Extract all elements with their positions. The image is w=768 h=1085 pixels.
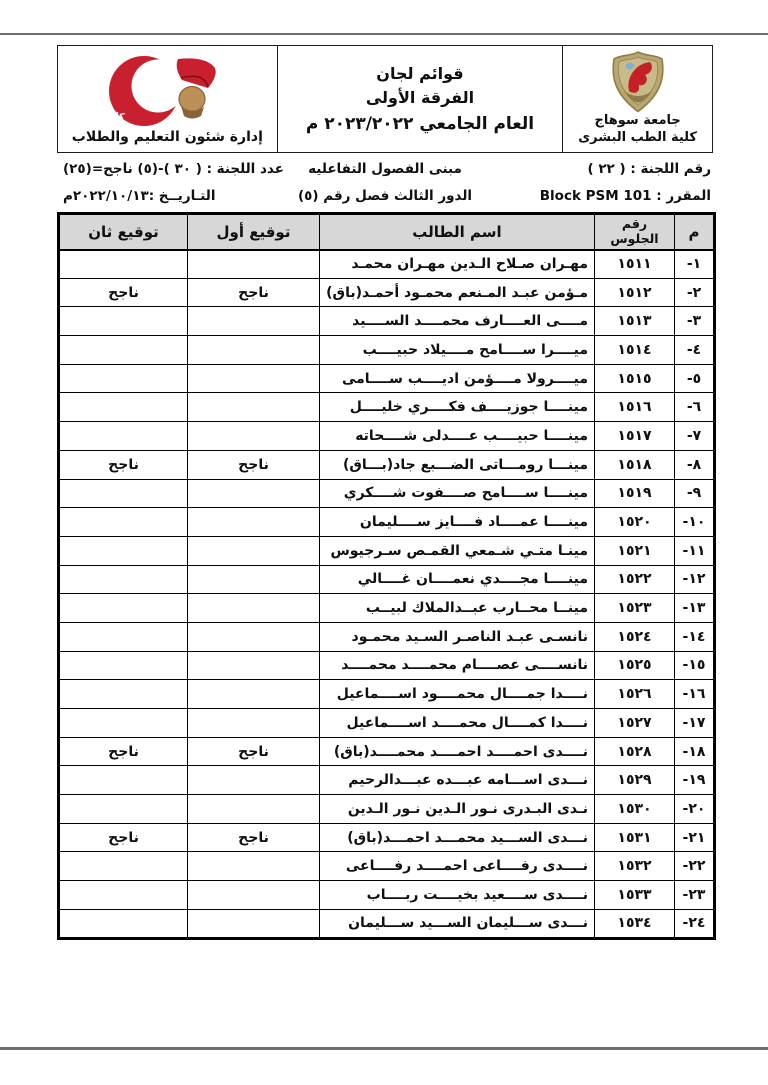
- student-name: مينـــا رومـــاتى الضـــبع جاد(بـــاق): [320, 450, 595, 479]
- students-table: م رقم الجلوس اسم الطالب توقيع أول توقيع …: [57, 212, 716, 940]
- title-header-cell: قوائم لجان الفرقة الأولى العام الجامعي ٢…: [277, 46, 563, 152]
- header-index: م: [675, 214, 715, 250]
- student-row: ٨- ١٥١٨ مينـــا رومـــاتى الضـــبع جاد(ب…: [59, 450, 715, 479]
- first-signature-cell: [188, 795, 320, 824]
- committee-info-line-2: المقرر : Block PSM 101 الدور الثالث فصل …: [57, 184, 713, 211]
- row-index: ٢٤-: [675, 909, 715, 938]
- row-index: ٢٢-: [675, 852, 715, 881]
- row-index: ١٧-: [675, 709, 715, 738]
- row-index: ٥-: [675, 364, 715, 393]
- student-row: ١٨- ١٥٢٨ نــــدى احمــــد احمــــد محمــ…: [59, 737, 715, 766]
- student-name: نــــدا كمــــال محمــــد اســــماعيل: [320, 709, 595, 738]
- second-signature-cell: [59, 622, 188, 651]
- student-row: ١١- ١٥٢١ مينـا متـي شـمعي القمـص سـرجيوس: [59, 536, 715, 565]
- seat-number: ١٥٢٨: [595, 737, 675, 766]
- student-row: ١٩- ١٥٢٩ نـــدى اســـامه عبـــده عبـــدا…: [59, 766, 715, 795]
- students-table-header: م رقم الجلوس اسم الطالب توقيع أول توقيع …: [59, 214, 715, 250]
- student-row: ٧- ١٥١٧ مينــــا حبيــــب عــــدلى شــــ…: [59, 422, 715, 451]
- student-name: نــــدى رفــــاعى احمــــد رفــــاعى: [320, 852, 595, 881]
- second-signature-cell: [59, 795, 188, 824]
- row-index: ١٩-: [675, 766, 715, 795]
- second-signature-cell: ناجح: [59, 450, 188, 479]
- student-row: ٥- ١٥١٥ ميــــرولا مــــؤمن اديــــب ســ…: [59, 364, 715, 393]
- first-signature-cell: [188, 909, 320, 938]
- row-index: ١١-: [675, 536, 715, 565]
- university-header-cell: جامعة سوهاج كلية الطب البشرى: [562, 46, 712, 152]
- first-signature-cell: [188, 594, 320, 623]
- seat-number: ١٥٣١: [595, 823, 675, 852]
- top-divider-line: [0, 33, 768, 35]
- student-row: ٢٤- ١٥٣٤ نـــدى ســـليمان الســـيد ســـل…: [59, 909, 715, 938]
- first-signature-cell: [188, 364, 320, 393]
- seat-number: ١٥١٦: [595, 393, 675, 422]
- header-second-signature: توقيع ثان: [59, 214, 188, 250]
- header-first-signature: توقيع أول: [188, 214, 320, 250]
- seat-number: ١٥٢٤: [595, 622, 675, 651]
- student-name: مـؤمن عبـد المـنعم محمـود أحمـد(باق): [320, 278, 595, 307]
- document-title-line1: قوائم لجان: [376, 64, 463, 83]
- faculty-crescent-logo-icon: جامعة سوهاج كلية الطب: [88, 54, 246, 128]
- row-index: ٣-: [675, 307, 715, 336]
- first-signature-cell: ناجح: [188, 278, 320, 307]
- row-index: ٧-: [675, 422, 715, 451]
- row-index: ١٤-: [675, 622, 715, 651]
- header-seat-line1: رقم: [595, 217, 674, 231]
- first-signature-cell: [188, 709, 320, 738]
- committee-count: عدد اللجنة : ( ٣٠ )-(٥) ناجح=(٢٥): [63, 161, 284, 177]
- header-student-name: اسم الطالب: [320, 214, 595, 250]
- second-signature-cell: [59, 479, 188, 508]
- student-name: نـــدى ســـليمان الســـيد ســـليمان: [320, 909, 595, 938]
- document-title-line2: الفرقة الأولى: [366, 88, 474, 107]
- student-row: ٢٣- ١٥٣٣ نــــدى ســــعيد بخيــــت ربـــ…: [59, 881, 715, 910]
- second-signature-cell: [59, 709, 188, 738]
- first-signature-cell: [188, 881, 320, 910]
- first-signature-cell: [188, 393, 320, 422]
- first-signature-cell: [188, 565, 320, 594]
- bottom-divider-line: [0, 1047, 768, 1050]
- first-signature-cell: [188, 536, 320, 565]
- first-signature-cell: [188, 422, 320, 451]
- student-row: ٢- ١٥١٢ مـؤمن عبـد المـنعم محمـود أحمـد(…: [59, 278, 715, 307]
- second-signature-cell: [59, 565, 188, 594]
- student-row: ٩- ١٥١٩ مينــــا ســــامح صــــفوت شــــ…: [59, 479, 715, 508]
- student-name: مينـا متـي شـمعي القمـص سـرجيوس: [320, 536, 595, 565]
- room-location: الدور الثالث فصل رقم (٥): [298, 188, 472, 204]
- department-header-cell: جامعة سوهاج كلية الطب إدارة شئون التعليم…: [58, 46, 277, 152]
- row-index: ١٥-: [675, 651, 715, 680]
- header-seat-line2: الجلوس: [595, 232, 674, 246]
- second-signature-cell: ناجح: [59, 823, 188, 852]
- committee-number: رقم اللجنة : ( ٢٢ ): [587, 161, 711, 177]
- student-row: ١- ١٥١١ مهـران صـلاح الـدين مهـران محمـد: [59, 250, 715, 279]
- student-name: مينــــا عمــــاد فــــايز ســــليمان: [320, 508, 595, 537]
- second-signature-cell: [59, 508, 188, 537]
- row-index: ٤-: [675, 336, 715, 365]
- second-signature-cell: [59, 852, 188, 881]
- row-index: ١-: [675, 250, 715, 279]
- row-index: ١٦-: [675, 680, 715, 709]
- seat-number: ١٥٣٣: [595, 881, 675, 910]
- row-index: ١٠-: [675, 508, 715, 537]
- seat-number: ١٥١٥: [595, 364, 675, 393]
- row-index: ٦-: [675, 393, 715, 422]
- seat-number: ١٥٢٦: [595, 680, 675, 709]
- second-signature-cell: [59, 680, 188, 709]
- sohag-university-emblem-icon: [609, 51, 667, 113]
- row-index: ٩-: [675, 479, 715, 508]
- second-signature-cell: [59, 909, 188, 938]
- seat-number: ١٥٢٠: [595, 508, 675, 537]
- department-caption: إدارة شئون التعليم والطلاب: [72, 129, 263, 145]
- seat-number: ١٥١١: [595, 250, 675, 279]
- student-row: ١٢- ١٥٢٢ مينــــا مجــــدي نعمــــان غــ…: [59, 565, 715, 594]
- second-signature-cell: [59, 594, 188, 623]
- second-signature-cell: [59, 651, 188, 680]
- seat-number: ١٥١٣: [595, 307, 675, 336]
- student-name: مهـران صـلاح الـدين مهـران محمـد: [320, 250, 595, 279]
- student-row: ١٣- ١٥٢٣ مينــا محــارب عبــدالملاك لبيـ…: [59, 594, 715, 623]
- first-signature-cell: ناجح: [188, 450, 320, 479]
- second-signature-cell: [59, 364, 188, 393]
- first-signature-cell: ناجح: [188, 823, 320, 852]
- seat-number: ١٥٣٤: [595, 909, 675, 938]
- student-row: ٢٠- ١٥٣٠ نـدى البـدرى نـور الـدين نـور ا…: [59, 795, 715, 824]
- first-signature-cell: [188, 680, 320, 709]
- document-page: جامعة سوهاج كلية الطب البشرى قوائم لجان …: [0, 0, 768, 1085]
- second-signature-cell: [59, 307, 188, 336]
- second-signature-cell: [59, 336, 188, 365]
- student-row: ٦- ١٥١٦ مينــــا جوزيــــف فكــــري خليـ…: [59, 393, 715, 422]
- page-header: جامعة سوهاج كلية الطب البشرى قوائم لجان …: [57, 45, 713, 153]
- first-signature-cell: ناجح: [188, 737, 320, 766]
- students-table-body: ١- ١٥١١ مهـران صـلاح الـدين مهـران محمـد…: [59, 250, 715, 939]
- student-row: ٣- ١٥١٣ مــــى العــــارف محمــــد الســ…: [59, 307, 715, 336]
- seat-number: ١٥١٧: [595, 422, 675, 451]
- row-index: ٨-: [675, 450, 715, 479]
- row-index: ١٨-: [675, 737, 715, 766]
- second-signature-cell: [59, 393, 188, 422]
- seat-number: ١٥١٩: [595, 479, 675, 508]
- student-row: ١٧- ١٥٢٧ نــــدا كمــــال محمــــد اســـ…: [59, 709, 715, 738]
- seat-number: ١٥١٨: [595, 450, 675, 479]
- student-name: مــــى العــــارف محمــــد الســــيد: [320, 307, 595, 336]
- student-row: ١٤- ١٥٢٤ نانسـى عبـد الناصـر السـيد محمـ…: [59, 622, 715, 651]
- student-name: مينــــا حبيــــب عــــدلى شــــحاته: [320, 422, 595, 451]
- student-name: ميــــرولا مــــؤمن اديــــب ســــامى: [320, 364, 595, 393]
- course-code: المقرر : Block PSM 101: [540, 188, 711, 204]
- first-signature-cell: [188, 651, 320, 680]
- seat-number: ١٥١٢: [595, 278, 675, 307]
- row-index: ٢١-: [675, 823, 715, 852]
- university-name: جامعة سوهاج: [595, 113, 681, 130]
- seat-number: ١٥٣٢: [595, 852, 675, 881]
- committee-info-line-1: رقم اللجنة : ( ٢٢ ) مبنى الفصول التفاعلي…: [57, 157, 713, 184]
- student-name: نــــدى ســــعيد بخيــــت ربــــاب: [320, 881, 595, 910]
- second-signature-cell: [59, 422, 188, 451]
- seat-number: ١٥٢٣: [595, 594, 675, 623]
- academic-year-line: العام الجامعي ٢٠٢٣/٢٠٢٢ م: [306, 114, 534, 134]
- first-signature-cell: [188, 852, 320, 881]
- student-row: ١٠- ١٥٢٠ مينــــا عمــــاد فــــايز ســـ…: [59, 508, 715, 537]
- student-row: ٢١- ١٥٣١ نـــدى الســـيد محمـــد احمـــد…: [59, 823, 715, 852]
- student-row: ١٥- ١٥٢٥ نانســــى عصــــام محمــــد محم…: [59, 651, 715, 680]
- second-signature-cell: [59, 536, 188, 565]
- first-signature-cell: [188, 766, 320, 795]
- row-index: ١٢-: [675, 565, 715, 594]
- student-row: ١٦- ١٥٢٦ نــــدا جمــــال محمــــود اســ…: [59, 680, 715, 709]
- header-seat-number: رقم الجلوس: [595, 214, 675, 250]
- student-name: مينــا محــارب عبــدالملاك لبيــب: [320, 594, 595, 623]
- first-signature-cell: [188, 622, 320, 651]
- student-name: مينــــا مجــــدي نعمــــان غــــالي: [320, 565, 595, 594]
- student-name: ميــــرا ســــامح مــــيلاد حبيــــب: [320, 336, 595, 365]
- student-row: ٢٢- ١٥٣٢ نــــدى رفــــاعى احمــــد رفــ…: [59, 852, 715, 881]
- seat-number: ١٥٢٩: [595, 766, 675, 795]
- exam-date: التـاريــخ :٢٠٢٢/١٠/١٣م: [63, 188, 215, 204]
- row-index: ٢٠-: [675, 795, 715, 824]
- first-signature-cell: [188, 479, 320, 508]
- student-name: نــــدا جمــــال محمــــود اســــماعيل: [320, 680, 595, 709]
- row-index: ٢٣-: [675, 881, 715, 910]
- second-signature-cell: [59, 881, 188, 910]
- first-signature-cell: [188, 336, 320, 365]
- seat-number: ١٥٢٥: [595, 651, 675, 680]
- second-signature-cell: [59, 250, 188, 279]
- first-signature-cell: [188, 508, 320, 537]
- seat-number: ١٥٢٧: [595, 709, 675, 738]
- second-signature-cell: ناجح: [59, 278, 188, 307]
- seat-number: ١٥٢٢: [595, 565, 675, 594]
- student-name: نانســــى عصــــام محمــــد محمــــد: [320, 651, 595, 680]
- second-signature-cell: [59, 766, 188, 795]
- row-index: ١٣-: [675, 594, 715, 623]
- student-name: نــــدى احمــــد احمــــد محمــــد(باق): [320, 737, 595, 766]
- student-name: نـــدى الســـيد محمـــد احمـــد(باق): [320, 823, 595, 852]
- first-signature-cell: [188, 307, 320, 336]
- seat-number: ١٥٢١: [595, 536, 675, 565]
- student-row: ٤- ١٥١٤ ميــــرا ســــامح مــــيلاد حبيـ…: [59, 336, 715, 365]
- first-signature-cell: [188, 250, 320, 279]
- second-signature-cell: ناجح: [59, 737, 188, 766]
- student-name: نـدى البـدرى نـور الـدين نـور الـدين: [320, 795, 595, 824]
- student-name: نـــدى اســـامه عبـــده عبـــدالرحيم: [320, 766, 595, 795]
- student-name: نانسـى عبـد الناصـر السـيد محمـود: [320, 622, 595, 651]
- seat-number: ١٥٣٠: [595, 795, 675, 824]
- student-name: مينــــا جوزيــــف فكــــري خليــــل: [320, 393, 595, 422]
- seat-number: ١٥١٤: [595, 336, 675, 365]
- student-name: مينــــا ســــامح صــــفوت شــــكري: [320, 479, 595, 508]
- faculty-name: كلية الطب البشرى: [578, 130, 697, 147]
- row-index: ٢-: [675, 278, 715, 307]
- committee-building: مبنى الفصول التفاعليه: [308, 161, 462, 177]
